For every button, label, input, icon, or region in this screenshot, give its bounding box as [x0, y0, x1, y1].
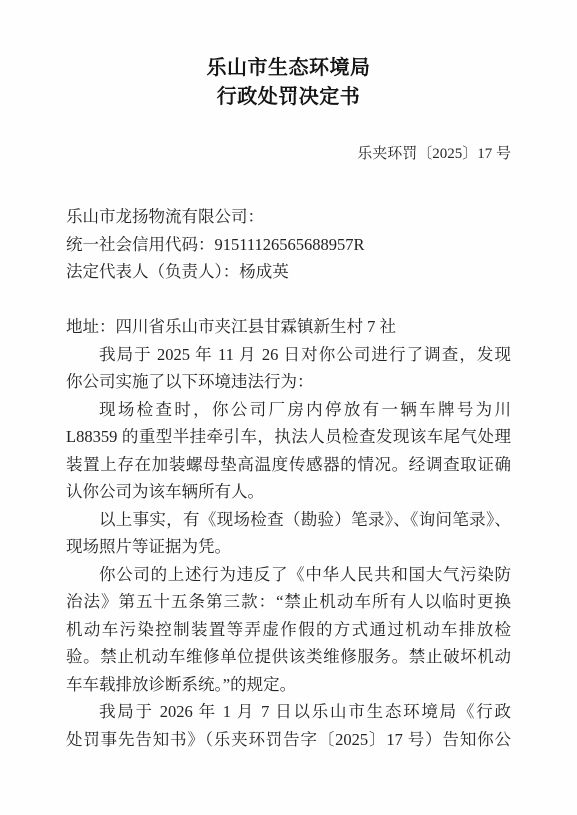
body-line: 装置上存在加装螺母垫高温度传感器的情况。经调查取证确: [66, 451, 511, 479]
body-line: 现场照片等证据为凭。: [66, 533, 511, 561]
body-line-legal-representative: 法定代表人（负责人）：杨成英: [66, 258, 511, 286]
body-line-address: 地址：四川省乐山市夹江县甘霖镇新生村 7 社: [66, 313, 511, 341]
body-line: 我局于 2026 年 1 月 7 日以乐山市生态环境局《行政: [66, 698, 511, 726]
body-line-company: 乐山市龙扬物流有限公司：: [66, 203, 511, 231]
body-line: 机动车污染控制装置等弄虚作假的方式通过机动车排放检: [66, 616, 511, 644]
body-line: 我局于 2025 年 11 月 26 日对你公司进行了调查，发现: [66, 341, 511, 369]
body-line: 认你公司为该车辆所有人。: [66, 478, 511, 506]
body-line: 处罚事先告知书》（乐夹环罚告字〔2025〕17 号）告知你公: [66, 726, 511, 754]
body-line: 你公司实施了以下环境违法行为：: [66, 368, 511, 396]
body-line: 车车载排放诊断系统。”的规定。: [66, 671, 511, 699]
blank-line: [66, 286, 511, 314]
document-content: 乐山市生态环境局 行政处罚决定书 乐夹环罚〔2025〕17 号 乐山市龙扬物流有…: [0, 54, 577, 753]
document-page: 乐山市生态环境局 行政处罚决定书 乐夹环罚〔2025〕17 号 乐山市龙扬物流有…: [0, 0, 577, 815]
document-title-line1: 乐山市生态环境局: [66, 54, 511, 83]
body-line: 验。禁止机动车维修单位提供该类维修服务。禁止破坏机动: [66, 643, 511, 671]
body-line: 你公司的上述行为违反了《中华人民共和国大气污染防: [66, 561, 511, 589]
body-line: 治法》第五十五条第三款：“禁止机动车所有人以临时更换: [66, 588, 511, 616]
document-number: 乐夹环罚〔2025〕17 号: [66, 144, 511, 164]
document-body: 乐山市龙扬物流有限公司： 统一社会信用代码：91511126565688957R…: [66, 203, 511, 753]
document-title: 乐山市生态环境局 行政处罚决定书: [66, 54, 511, 112]
body-line-credit-code: 统一社会信用代码：91511126565688957R: [66, 231, 511, 259]
body-line: L88359 的重型半挂牵引车，执法人员检查发现该车尾气处理: [66, 423, 511, 451]
body-line: 现场检查时，你公司厂房内停放有一辆车牌号为川: [66, 396, 511, 424]
body-line: 以上事实，有《现场检查（勘验）笔录》、《询问笔录》、: [66, 506, 511, 534]
document-title-line2: 行政处罚决定书: [66, 83, 511, 112]
